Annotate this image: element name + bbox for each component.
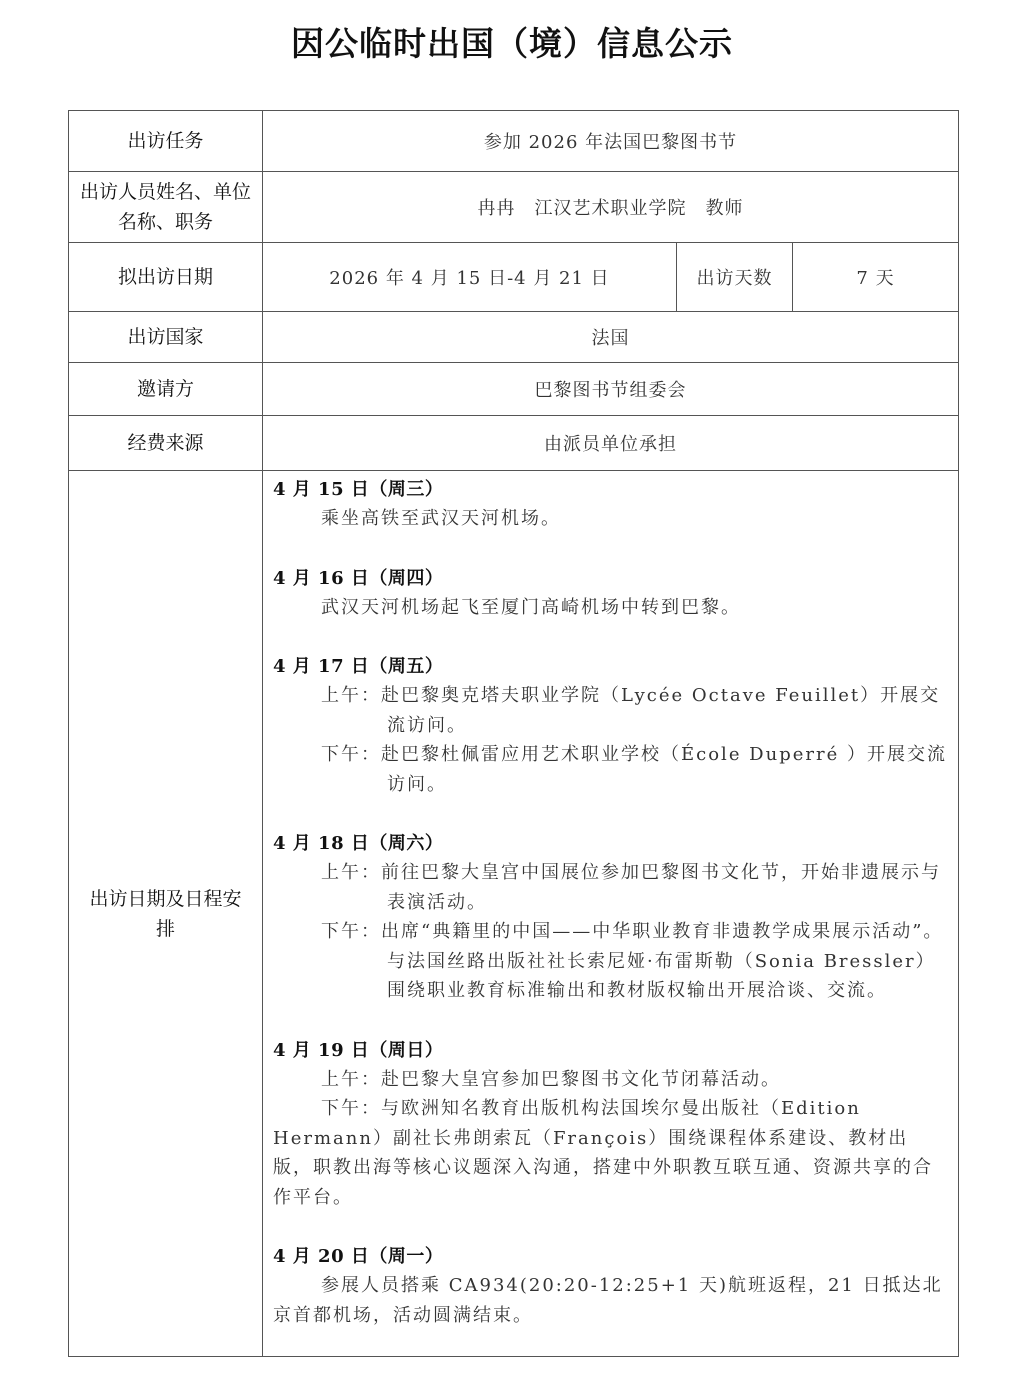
inviter-value: 巴黎图书节组委会 xyxy=(263,363,959,416)
day-date: 4 月 19 日（周日） xyxy=(273,1036,948,1065)
schedule-day: 4 月 15 日（周三） 乘坐高铁至武汉天河机场。 xyxy=(273,475,948,534)
row-mission: 出访任务 参加 2026 年法国巴黎图书节 xyxy=(69,111,959,172)
personnel-label: 出访人员姓名、单位名称、职务 xyxy=(69,172,263,243)
day-item-morning: 上午：赴巴黎奥克塔夫职业学院（Lycée Octave Feuillet）开展交… xyxy=(273,681,948,740)
schedule-label: 出访日期及日程安排 xyxy=(69,471,263,1357)
day-item-morning: 上午：赴巴黎大皇宫参加巴黎图书文化节闭幕活动。 xyxy=(273,1065,948,1095)
country-label: 出访国家 xyxy=(69,312,263,363)
schedule-day: 4 月 20 日（周一） 参展人员搭乘 CA934(20:20-12:25+1 … xyxy=(273,1242,948,1330)
info-table: 出访任务 参加 2026 年法国巴黎图书节 出访人员姓名、单位名称、职务 冉冉 … xyxy=(68,110,959,1357)
funding-label: 经费来源 xyxy=(69,416,263,471)
day-date: 4 月 20 日（周一） xyxy=(273,1242,948,1271)
days-label: 出访天数 xyxy=(677,243,793,312)
day-item-morning: 上午：前往巴黎大皇宫中国展位参加巴黎图书文化节，开始非遗展示与表演活动。 xyxy=(273,858,948,917)
day-date: 4 月 17 日（周五） xyxy=(273,652,948,681)
schedule-day: 4 月 19 日（周日） 上午：赴巴黎大皇宫参加巴黎图书文化节闭幕活动。 下午：… xyxy=(273,1036,948,1213)
row-funding: 经费来源 由派员单位承担 xyxy=(69,416,959,471)
schedule-day: 4 月 16 日（周四） 武汉天河机场起飞至厦门高崎机场中转到巴黎。 xyxy=(273,564,948,623)
day-date: 4 月 18 日（周六） xyxy=(273,829,948,858)
day-item-afternoon: 下午：赴巴黎杜佩雷应用艺术职业学校（École Duperré ）开展交流访问。 xyxy=(273,740,948,799)
personnel-value: 冉冉 江汉艺术职业学院 教师 xyxy=(263,172,959,243)
day-date: 4 月 16 日（周四） xyxy=(273,564,948,593)
schedule-day: 4 月 18 日（周六） 上午：前往巴黎大皇宫中国展位参加巴黎图书文化节，开始非… xyxy=(273,829,948,1006)
country-value: 法国 xyxy=(263,312,959,363)
inviter-label: 邀请方 xyxy=(69,363,263,416)
dates-label: 拟出访日期 xyxy=(69,243,263,312)
day-item: 武汉天河机场起飞至厦门高崎机场中转到巴黎。 xyxy=(273,593,948,623)
row-country: 出访国家 法国 xyxy=(69,312,959,363)
row-personnel: 出访人员姓名、单位名称、职务 冉冉 江汉艺术职业学院 教师 xyxy=(69,172,959,243)
day-item: 参展人员搭乘 CA934(20:20-12:25+1 天)航班返程，21 日抵达… xyxy=(273,1271,948,1330)
day-date: 4 月 15 日（周三） xyxy=(273,475,948,504)
mission-value: 参加 2026 年法国巴黎图书节 xyxy=(263,111,959,172)
row-dates: 拟出访日期 2026 年 4 月 15 日-4 月 21 日 出访天数 7 天 xyxy=(69,243,959,312)
day-item-afternoon: 下午：与欧洲知名教育出版机构法国埃尔曼出版社（Edition Hermann）副… xyxy=(273,1094,948,1212)
row-inviter: 邀请方 巴黎图书节组委会 xyxy=(69,363,959,416)
schedule-content: 4 月 15 日（周三） 乘坐高铁至武汉天河机场。 4 月 16 日（周四） 武… xyxy=(263,471,959,1357)
day-item: 乘坐高铁至武汉天河机场。 xyxy=(273,504,948,534)
funding-value: 由派员单位承担 xyxy=(263,416,959,471)
schedule-day: 4 月 17 日（周五） 上午：赴巴黎奥克塔夫职业学院（Lycée Octave… xyxy=(273,652,948,799)
days-value: 7 天 xyxy=(793,243,959,312)
dates-value: 2026 年 4 月 15 日-4 月 21 日 xyxy=(263,243,677,312)
row-schedule: 出访日期及日程安排 4 月 15 日（周三） 乘坐高铁至武汉天河机场。 4 月 … xyxy=(69,471,959,1357)
page-title: 因公临时出国（境）信息公示 xyxy=(0,18,1024,65)
mission-label: 出访任务 xyxy=(69,111,263,172)
day-item-afternoon: 下午：出席“典籍里的中国——中华职业教育非遗教学成果展示活动”。与法国丝路出版社… xyxy=(273,917,948,1006)
